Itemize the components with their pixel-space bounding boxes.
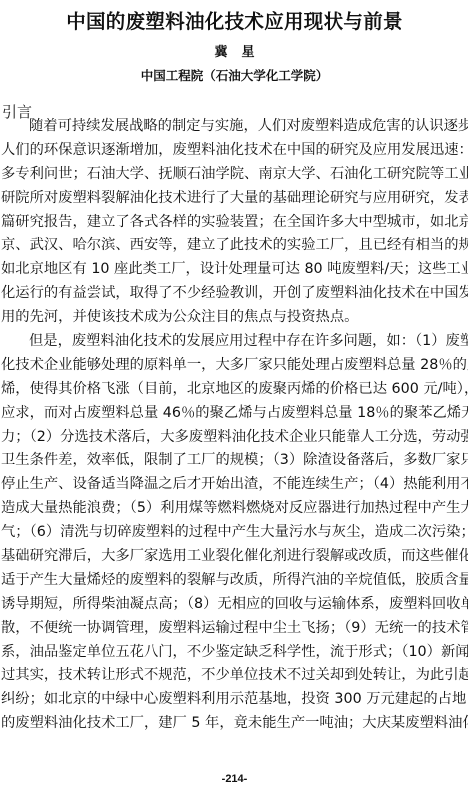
text-line: 人们的环保意识逐渐增加，废塑料油化技术在中国的研究及应用发展迅速：有许 [1,139,468,163]
text-line: 力；（2）分选技术落后，大多废塑料油化技术企业只能靠人工分选，劳动强度大， [1,426,468,450]
text-line: 散，不便统一协调管理，废塑料运输过程中尘土飞扬；（9）无统一的技术管理体 [1,617,468,641]
paper-title: 中国的废塑料油化技术应用现状与前景 [0,6,469,34]
text-line: 气；（6）清洗与切碎废塑料的过程中产生大量污水与灰尘，造成二次污染；（7） [1,521,468,545]
text-line: 化技术企业能够处理的原料单一，大多厂家只能处理占废塑料总量 28％的废聚丙 [1,354,468,378]
text-line: 的废塑料油化技术工厂，建厂 5 年，竟未能生产一吨油；大庆某废塑料油化技术 [1,712,468,736]
text-line: 京、武汉、哈尔滨、西安等，建立了此技术的实验工厂，且已经有相当的规模， [1,234,468,258]
text-line: 过其实，技术转让形式不规范，不少单位技术不过关却到处转让，为此引起不少 [1,664,468,688]
text-line: 烯，使得其价格飞涨（目前，北京地区的废聚丙烯的价格已达 600 元/吨），供不 [1,378,468,402]
text-line: 系，油品鉴定单位五花八门，不少鉴定缺乏科学性，流于形式；（10）新闻宣传言 [1,641,468,665]
text-line: 适于产生大量烯烃的废塑料的裂解与改质，所得汽油的辛烷值低，胶质含量高， [1,569,468,593]
body-text: 随着可持续发展战略的制定与实施，人们对废塑料造成危害的认识逐步深入， 人们的环保… [1,115,468,736]
page-number: -214- [0,773,469,785]
author-name: 冀星 [0,41,469,60]
text-line: 随着可持续发展战略的制定与实施，人们对废塑料造成危害的认识逐步深入， [1,115,468,139]
text-line: 但是，废塑料油化技术的发展应用过程中存在许多问题，如：（1）废塑料油 [1,330,468,354]
text-line: 用的先河，并使该技术成为公众注目的焦点与投资热点。 [1,306,468,330]
text-line: 造成大量热能浪费；（5）利用煤等燃料燃烧对反应器进行加热过程中产生大量废 [1,497,468,521]
paragraph-2: 但是，废塑料油化技术的发展应用过程中存在许多问题，如：（1）废塑料油 化技术企业… [1,330,468,736]
text-line: 多专利问世；石油大学、抚顺石油学院、南京大学、石油化工研究院等工业性科 [1,163,468,187]
text-line: 化运行的有益尝试，取得了不少经验教训，开创了废塑料油化技术在中国发展应 [1,282,468,306]
author-affiliation: 中国工程院（石油大学化工学院） [0,66,469,84]
text-line: 诱导期短，所得柴油凝点高；（8）无相应的回收与运输体系，废塑料回收单位分 [1,593,468,617]
text-line: 停止生产、设备适当降温之后才开始出渣，不能连续生产；（4）热能利用不合理， [1,473,468,497]
text-line: 纠纷；如北京的中绿中心废塑料利用示范基地，投资 300 万元建起的占地 100 … [1,688,468,712]
text-line: 应求，而对占废塑料总量 46％的聚乙烯与占废塑料总量 18％的聚苯乙烯无能为 [1,402,468,426]
paragraph-1: 随着可持续发展战略的制定与实施，人们对废塑料造成危害的认识逐步深入， 人们的环保… [1,115,468,330]
text-line: 如北京地区有 10 座此类工厂，设计处理量可达 80 吨废塑料/天；这些工业化商… [1,258,468,282]
text-line: 卫生条件差，效率低，限制了工厂的规模；（3）除渣设备落后，多数厂家只能在 [1,449,468,473]
text-line: 研院所对废塑料裂解油化技术进行了大量的基础理论研究与应用研究，发表了多 [1,187,468,211]
text-line: 基础研究滞后，大多厂家选用工业裂化催化剂进行裂解或改质，而这些催化剂不 [1,545,468,569]
text-line: 篇研究报告，建立了各式各样的实验装置；在全国许多大中型城市，如北京、南 [1,211,468,235]
